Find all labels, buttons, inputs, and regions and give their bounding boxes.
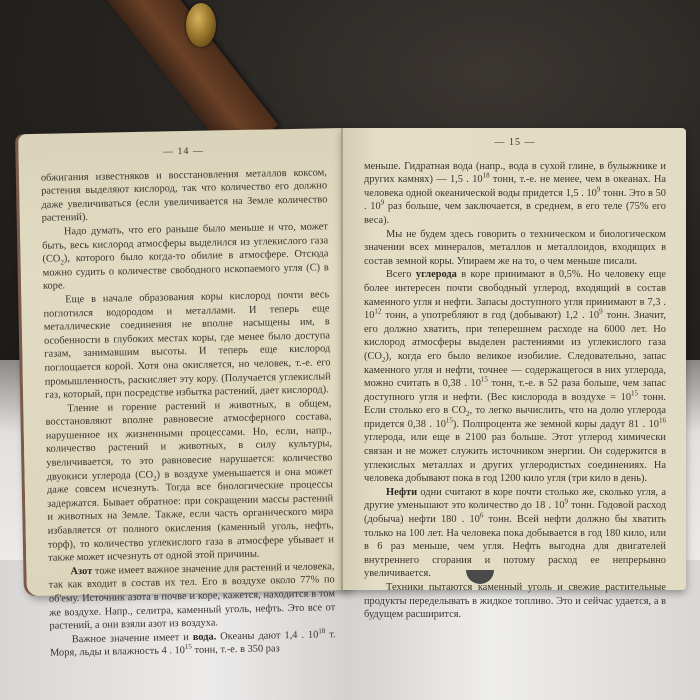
paragraph: меньше. Гидратная вода (напр., вода в су… [364, 160, 666, 228]
paragraph: Мы не будем здесь говорить о техническом… [364, 228, 666, 269]
right-page-text: меньше. Гидратная вода (напр., вода в су… [364, 160, 666, 622]
paragraph: Надо думать, что его раньше было меньше … [42, 220, 329, 293]
brass-rivet [186, 3, 216, 47]
paragraph: обжигания известняков и восстановления м… [41, 166, 328, 226]
paragraph: Нефти одни считают в коре почти столько … [364, 486, 666, 581]
right-page: — 15 — меньше. Гидратная вода (напр., во… [342, 128, 686, 590]
book-gutter [341, 128, 343, 590]
left-page: — 14 — обжигания известняков и восстанов… [18, 128, 351, 596]
left-page-number: — 14 — [40, 142, 326, 161]
left-page-text: обжигания известняков и восстановления м… [41, 166, 336, 661]
right-page-number: — 15 — [364, 136, 666, 150]
paragraph: Техники пытаются каменный уголь и свежие… [364, 581, 666, 622]
paragraph: Всего углерода в коре принимают в 0,5%. … [364, 268, 666, 486]
open-book: — 14 — обжигания известняков и восстанов… [18, 128, 686, 590]
paragraph: Важное значение имеет и вода. Океаны даю… [50, 628, 336, 661]
paragraph: Тление и горение растений и животных, в … [45, 397, 334, 566]
paragraph: Азот тоже имеет важное значение для раст… [48, 560, 335, 633]
paragraph: Еще в начале образования коры кислород п… [43, 288, 331, 402]
